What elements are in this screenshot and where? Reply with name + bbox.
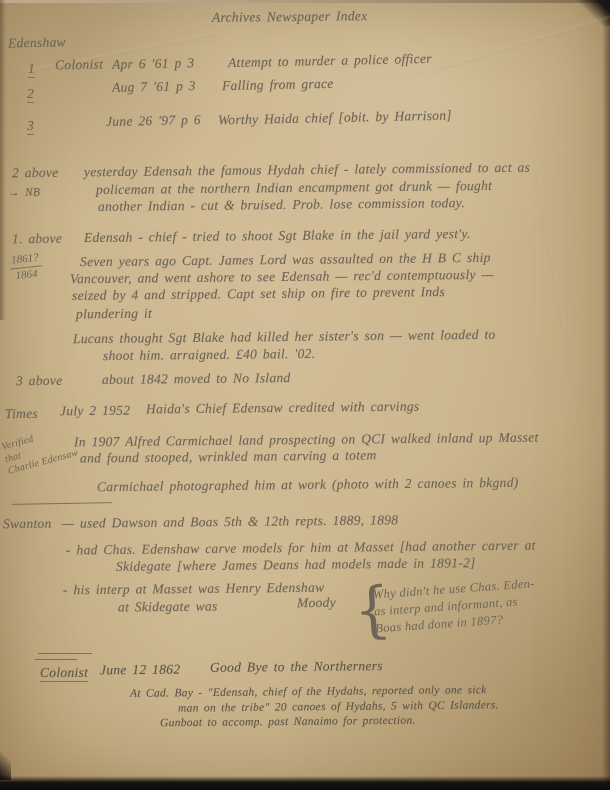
- entry-number: 2: [27, 86, 34, 102]
- carmichael-photo-line: Carmichael photographed him at work (pho…: [97, 475, 519, 495]
- colonist-1862-line: Gunboat to accomp. past Nanaimo for prot…: [160, 715, 416, 730]
- scan-right-edge: [602, 0, 610, 790]
- scan-left-edge: [0, 0, 6, 320]
- times-source: Times: [5, 406, 38, 422]
- section-divider: [38, 653, 92, 654]
- entry-date: Apr 6 '61 p 3: [112, 55, 195, 73]
- entry-source: Colonist: [55, 56, 103, 73]
- margin-year-bottom: 1864: [10, 266, 43, 283]
- subject-heading: Edenshaw: [8, 34, 66, 51]
- scanned-manuscript-page: Archives Newspaper Index Edenshaw 1 Colo…: [0, 0, 610, 790]
- swanton-label: Swanton: [3, 516, 52, 533]
- times-date: July 2 1952: [60, 403, 130, 420]
- nb-margin-note: → NB: [8, 186, 41, 199]
- swanton-line: Skidegate [where James Deans had models …: [116, 555, 476, 575]
- entry-headline: Attempt to murder a police officer: [228, 51, 432, 71]
- folded-corner-top-right: [564, 0, 610, 26]
- swanton-line: - his interp at Masset was Henry Edensha…: [63, 580, 325, 599]
- lord-paragraph-line: plundering it: [76, 306, 152, 323]
- page-title: Archives Newspaper Index: [212, 8, 368, 26]
- margin-year-note: 1861? 1864: [9, 251, 43, 282]
- verified-margin-note: Verified that Charlie Edensaw: [0, 423, 79, 478]
- scan-bottom-left-corner: [0, 750, 11, 780]
- entry-date: June 26 '97 p 6: [106, 112, 201, 130]
- note-3-above-line: about 1842 moved to No Island: [102, 370, 291, 388]
- paper-crease: [535, 172, 565, 330]
- swanton-line: at Skidegate was: [118, 598, 218, 615]
- note-2-above-label: 2 above: [12, 165, 59, 181]
- lord-paragraph-line: shoot him. arraigned. £40 bail. '02.: [103, 346, 315, 364]
- scan-top-edge: [0, 0, 610, 3]
- section-divider: [12, 502, 112, 505]
- lord-paragraph-line: seized by 4 and stripped. Capt set ship …: [72, 284, 445, 304]
- entry-headline: Worthy Haida chief [obit. by Harrison]: [218, 108, 452, 129]
- entry-headline: Falling from grace: [222, 76, 334, 94]
- entry-date: Aug 7 '61 p 3: [112, 78, 196, 96]
- note-3-above-label: 3 above: [16, 373, 63, 389]
- scan-bottom-edge: [0, 776, 610, 790]
- colonist-1862-headline: Good Bye to the Northerners: [210, 658, 383, 676]
- colonist-1862-date: June 12 1862: [100, 662, 181, 679]
- swanton-interpreter-name: Moody: [297, 595, 336, 611]
- note-1-above-label: 1. above: [12, 231, 62, 248]
- entry-number: 3: [27, 118, 34, 134]
- colonist-1862-line: At Cad. Bay - "Edensah, chief of the Hyd…: [130, 684, 487, 700]
- colonist-1862-line: man on the tribe" 20 canoes of Hydahs, 5…: [178, 699, 499, 714]
- section-divider: [35, 659, 77, 660]
- colonist-1862-source: Colonist: [40, 665, 88, 681]
- note-2-above-line: another Indian - cut & bruised. Prob. lo…: [98, 195, 465, 215]
- entry-number: 1: [28, 61, 35, 77]
- lord-paragraph-line: Lucans thought Sgt Blake had killed her …: [73, 327, 496, 347]
- times-headline: Haida's Chief Edensaw credited with carv…: [146, 399, 420, 418]
- carmichael-line: and found stooped, wrinkled man carving …: [80, 447, 377, 466]
- swanton-line: — used Dawson and Boas 5th & 12th repts.…: [62, 512, 398, 532]
- note-1-above-line: Edensah - chief - tried to shoot Sgt Bla…: [84, 226, 471, 246]
